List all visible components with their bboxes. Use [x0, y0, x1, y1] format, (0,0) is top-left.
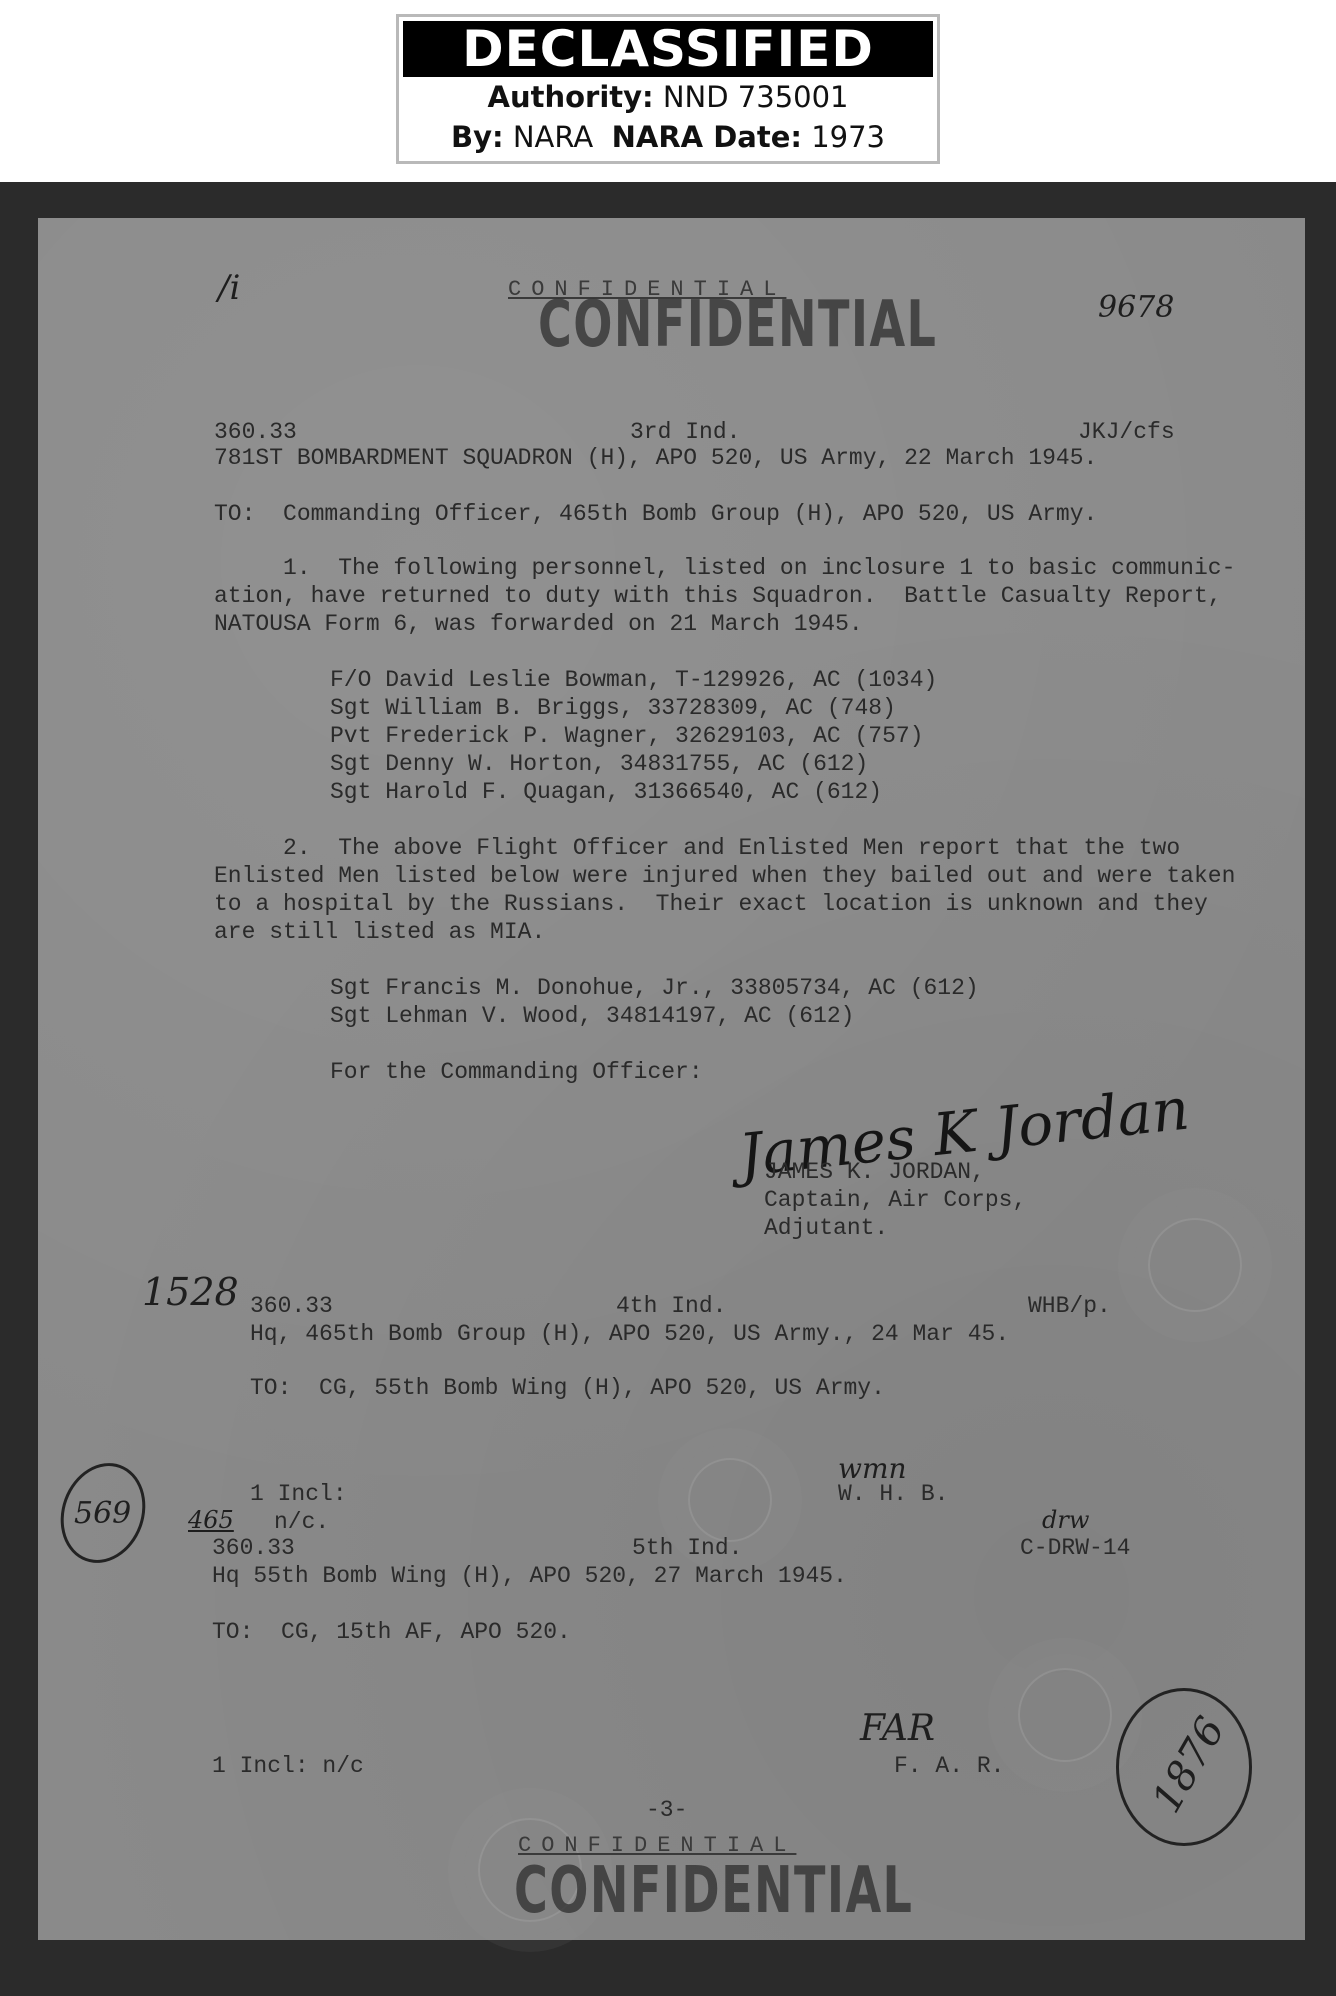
third-ind-to: TO: Commanding Officer, 465th Bomb Group…: [214, 500, 1097, 528]
third-ind-file-no: 360.33: [214, 418, 297, 446]
paragraph-2-line: are still listed as MIA.: [214, 918, 545, 946]
third-ind-initials: JKJ/cfs: [1078, 418, 1175, 446]
handwritten-465: 465: [188, 1506, 234, 1534]
declassified-stamp: DECLASSIFIED Authority: NND 735001 By: N…: [396, 14, 940, 164]
signer-rank: Captain, Air Corps,: [764, 1186, 1026, 1214]
signer-title: Adjutant.: [764, 1214, 888, 1242]
by-label: By:: [451, 120, 504, 154]
watermark-spiral: [1018, 1668, 1112, 1762]
handwritten-number-top-right: 9678: [1098, 290, 1174, 325]
date-label: NARA Date:: [612, 120, 802, 154]
signer-name: JAMES K. JORDAN,: [764, 1158, 985, 1186]
personnel-item: Pvt Frederick P. Wagner, 32629103, AC (7…: [330, 722, 924, 750]
authority-value: NND 735001: [663, 80, 849, 114]
fifth-ind-from: Hq 55th Bomb Wing (H), APO 520, 27 March…: [212, 1562, 847, 1590]
fifth-ind-label: 5th Ind.: [632, 1534, 742, 1562]
handwritten-mark-top-left: /i: [218, 268, 240, 308]
mia-item: Sgt Francis M. Donohue, Jr., 33805734, A…: [330, 974, 979, 1002]
stamp-authority: Authority: NND 735001: [399, 77, 937, 117]
fourth-ind-from: Hq, 465th Bomb Group (H), APO 520, US Ar…: [250, 1320, 1009, 1348]
by-value: NARA: [513, 120, 593, 154]
document-page: /i CONFIDENTIAL CONFIDENTIAL 9678 360.33…: [38, 218, 1305, 1940]
watermark-spiral: [1148, 1218, 1242, 1312]
classification-stamp-bottom: CONFIDENTIAL: [514, 1854, 913, 1928]
authority-label: Authority:: [488, 80, 654, 114]
page-number: -3-: [646, 1796, 687, 1824]
personnel-item: Sgt William B. Briggs, 33728309, AC (748…: [330, 694, 896, 722]
handwritten-initials-far: FAR: [860, 1708, 935, 1749]
fourth-ind-incl-note: n/c.: [274, 1508, 329, 1536]
fourth-ind-initials: WHB/p.: [1028, 1292, 1111, 1320]
stamp-title: DECLASSIFIED: [403, 21, 933, 77]
fifth-ind-file-no: 360.33: [212, 1534, 295, 1562]
third-ind-label: 3rd Ind.: [630, 418, 740, 446]
paragraph-2-line: Enlisted Men listed below were injured w…: [214, 862, 1235, 890]
fifth-ind-typed-initials: F. A. R.: [894, 1752, 1004, 1780]
classification-stamp-top: CONFIDENTIAL: [538, 288, 937, 362]
date-value: 1973: [811, 120, 885, 154]
paragraph-1-line: 1. The following personnel, listed on in…: [214, 554, 1235, 582]
personnel-item: F/O David Leslie Bowman, T-129926, AC (1…: [330, 666, 937, 694]
watermark-spiral: [688, 1458, 772, 1542]
paragraph-2-line: to a hospital by the Russians. Their exa…: [214, 890, 1208, 918]
paragraph-2-line: 2. The above Flight Officer and Enlisted…: [214, 834, 1180, 862]
fifth-ind-incl: 1 Incl: n/c: [212, 1752, 364, 1780]
personnel-item: Sgt Harold F. Quagan, 31366540, AC (612): [330, 778, 882, 806]
fifth-ind-to: TO: CG, 15th AF, APO 520.: [212, 1618, 571, 1646]
fourth-ind-file-no: 360.33: [250, 1292, 333, 1320]
handwritten-number-1528: 1528: [142, 1270, 239, 1314]
fourth-ind-typed-initials: W. H. B.: [838, 1480, 948, 1508]
closing-line: For the Commanding Officer:: [330, 1058, 703, 1086]
fourth-ind-label: 4th Ind.: [616, 1292, 726, 1320]
fourth-ind-to: TO: CG, 55th Bomb Wing (H), APO 520, US …: [250, 1374, 885, 1402]
fifth-ind-ref: C-DRW-14: [1020, 1534, 1130, 1562]
fourth-ind-incl: 1 Incl:: [250, 1480, 347, 1508]
paragraph-1-line: ation, have returned to duty with this S…: [214, 582, 1222, 610]
handwritten-number-569: 569: [74, 1496, 131, 1531]
personnel-item: Sgt Denny W. Horton, 34831755, AC (612): [330, 750, 868, 778]
third-ind-from: 781ST BOMBARDMENT SQUADRON (H), APO 520,…: [214, 444, 1097, 472]
stamp-by-date: By: NARA NARA Date: 1973: [399, 117, 937, 157]
handwritten-drw: drw: [1042, 1506, 1089, 1534]
paragraph-1-line: NATOUSA Form 6, was forwarded on 21 Marc…: [214, 610, 863, 638]
mia-item: Sgt Lehman V. Wood, 34814197, AC (612): [330, 1002, 855, 1030]
